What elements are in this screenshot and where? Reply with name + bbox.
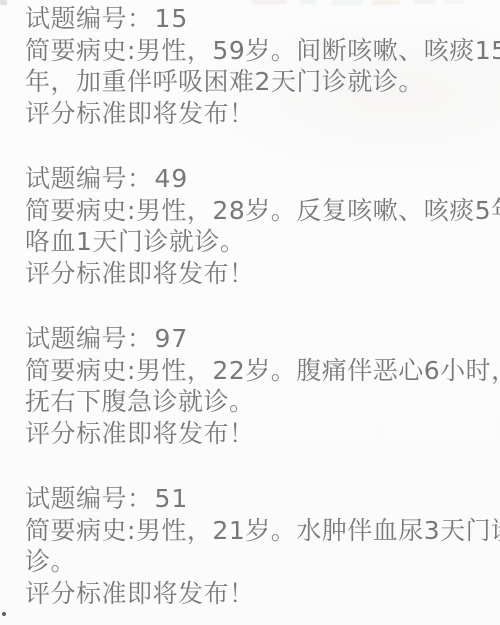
question-block: 试题编号：51 简要病史:男性，21岁。水肿伴血尿3天门诊就 诊。 评分标准即将… — [25, 483, 490, 609]
question-number-row: 试题编号：49 — [25, 163, 490, 195]
question-number-value: 97 — [155, 323, 189, 355]
question-number-label: 试题编号： — [25, 484, 153, 513]
question-number-value: 51 — [155, 483, 189, 515]
question-number-value: 15 — [155, 3, 189, 35]
history-line: 简要病史:男性，28岁。反复咳嗽、咳痰5年， — [25, 195, 490, 227]
status-line: 评分标准即将发布！ — [25, 98, 490, 130]
question-number-label: 试题编号： — [25, 164, 153, 193]
history-line: 简要病史:男性，21岁。水肿伴血尿3天门诊就 — [25, 515, 490, 547]
history-line: 简要病史:男性，59岁。间断咳嗽、咳痰15 — [25, 35, 490, 67]
status-line: 评分标准即将发布！ — [25, 258, 490, 290]
history-line: 抚右下腹急诊就诊。 — [25, 386, 490, 418]
question-number-row: 试题编号：15 — [25, 3, 490, 35]
bottom-dot-artifact — [2, 612, 6, 616]
question-number-row: 试题编号：97 — [25, 323, 490, 355]
question-block: 试题编号：49 简要病史:男性，28岁。反复咳嗽、咳痰5年， 咯血1天门诊就诊。… — [25, 163, 490, 289]
history-line: 年，加重伴呼吸困难2天门诊就诊。 — [25, 66, 490, 98]
question-number-label: 试题编号： — [25, 4, 153, 33]
status-line: 评分标准即将发布！ — [25, 578, 490, 610]
question-number-value: 49 — [155, 163, 189, 195]
question-list-page: 试题编号：15 简要病史:男性，59岁。间断咳嗽、咳痰15 年，加重伴呼吸困难2… — [0, 0, 500, 625]
history-line: 诊。 — [25, 546, 490, 578]
top-crop-artifact — [0, 0, 7, 5]
question-block: 试题编号：15 简要病史:男性，59岁。间断咳嗽、咳痰15 年，加重伴呼吸困难2… — [25, 3, 490, 129]
history-line: 简要病史:男性，22岁。腹痛伴恶心6小时，手 — [25, 355, 490, 387]
question-number-label: 试题编号： — [25, 324, 153, 353]
question-number-row: 试题编号：51 — [25, 483, 490, 515]
question-block: 试题编号：97 简要病史:男性，22岁。腹痛伴恶心6小时，手 抚右下腹急诊就诊。… — [25, 323, 490, 449]
history-line: 咯血1天门诊就诊。 — [25, 226, 490, 258]
status-line: 评分标准即将发布！ — [25, 418, 490, 450]
